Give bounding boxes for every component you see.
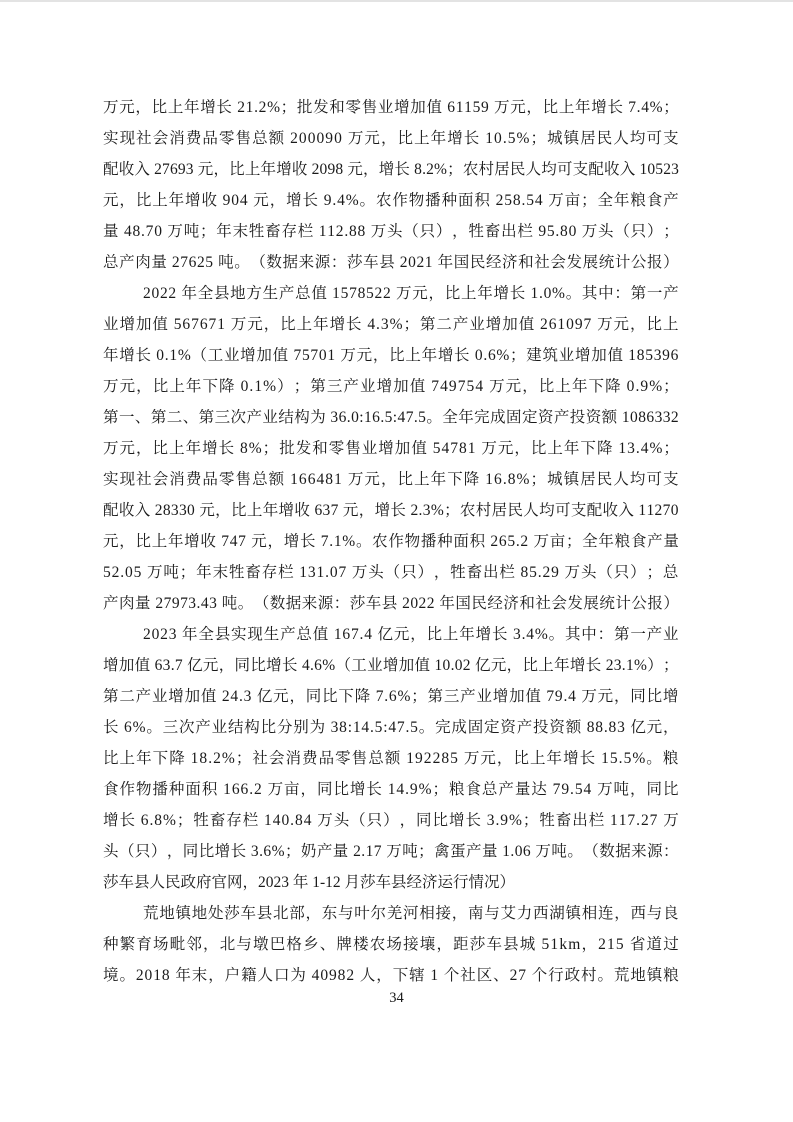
text-line: 业增加值 567671 万元，比上年增长 4.3%；第二产业增加值 261097…: [103, 309, 679, 340]
text-line: 增长 6.8%；牲畜存栏 140.84 万头（只），同比增长 3.9%；牲畜出栏…: [103, 805, 679, 836]
text-line: 2023 年全县实现生产总值 167.4 亿元，比上年增长 3.4%。其中：第一…: [103, 619, 679, 650]
paragraph: 2023 年全县实现生产总值 167.4 亿元，比上年增长 3.4%。其中：第一…: [103, 619, 679, 898]
text-line: 荒地镇地处莎车县北部，东与叶尔羌河相接，南与艾力西湖镇相连，西与良: [103, 898, 679, 929]
text-line: 增加值 63.7 亿元，同比增长 4.6%（工业增加值 10.02 亿元，比上年…: [103, 650, 679, 681]
text-line: 量 48.70 万吨；年末牲畜存栏 112.88 万头（只），牲畜出栏 95.8…: [103, 216, 679, 247]
text-line: 元，比上年增收 904 元，增长 9.4%。农作物播种面积 258.54 万亩；…: [103, 185, 679, 216]
text-line: 食作物播种面积 166.2 万亩，同比增长 14.9%；粮食总产量达 79.54…: [103, 774, 679, 805]
text-line: 配收入 28330 元，比上年增收 637 元，增长 2.3%；农村居民人均可支…: [103, 495, 679, 526]
text-line: 年增长 0.1%（工业增加值 75701 万元，比上年增长 0.6%；建筑业增加…: [103, 340, 679, 371]
text-line: 万元，比上年下降 0.1%）；第三产业增加值 749754 万元，比上年下降 0…: [103, 371, 679, 402]
text-line: 长 6%。三次产业结构比分别为 38:14.5:47.5。完成固定资产投资额 8…: [103, 712, 679, 743]
document-body: 万元，比上年增长 21.2%；批发和零售业增加值 61159 万元，比上年增长 …: [103, 92, 679, 991]
text-line: 比上年下降 18.2%；社会消费品零售总额 192285 万元，比上年增长 15…: [103, 743, 679, 774]
text-line: 2022 年全县地方生产总值 1578522 万元，比上年增长 1.0%。其中：…: [103, 278, 679, 309]
text-line: 元，比上年增收 747 元，增长 7.1%。农作物播种面积 265.2 万亩；全…: [103, 526, 679, 557]
page-number: 34: [0, 989, 793, 1007]
document-page: 万元，比上年增长 21.2%；批发和零售业增加值 61159 万元，比上年增长 …: [0, 0, 793, 1122]
paragraph: 2022 年全县地方生产总值 1578522 万元，比上年增长 1.0%。其中：…: [103, 278, 679, 619]
text-line: 种繁育场毗邻，北与墩巴格乡、牌楼农场接壤，距莎车县城 51km，215 省道过: [103, 929, 679, 960]
text-line: 52.05 万吨；年末牲畜存栏 131.07 万头（只），牲畜出栏 85.29 …: [103, 557, 679, 588]
text-line: 产肉量 27973.43 吨。（数据来源：莎车县 2022 年国民经济和社会发展…: [103, 588, 679, 619]
text-line: 万元，比上年增长 21.2%；批发和零售业增加值 61159 万元，比上年增长 …: [103, 92, 679, 123]
paragraph: 万元，比上年增长 21.2%；批发和零售业增加值 61159 万元，比上年增长 …: [103, 92, 679, 278]
text-line: 实现社会消费品零售总额 200090 万元，比上年增长 10.5%；城镇居民人均…: [103, 123, 679, 154]
text-line: 第一、第二、第三次产业结构为 36.0:16.5:47.5。全年完成固定资产投资…: [103, 402, 679, 433]
text-line: 万元，比上年增长 8%；批发和零售业增加值 54781 万元，比上年下降 13.…: [103, 433, 679, 464]
text-line: 头（只），同比增长 3.6%；奶产量 2.17 万吨；禽蛋产量 1.06 万吨。…: [103, 836, 679, 867]
paragraph: 荒地镇地处莎车县北部，东与叶尔羌河相接，南与艾力西湖镇相连，西与良种繁育场毗邻，…: [103, 898, 679, 991]
text-line: 总产肉量 27625 吨。（数据来源：莎车县 2021 年国民经济和社会发展统计…: [103, 247, 679, 278]
text-line: 配收入 27693 元，比上年增收 2098 元，增长 8.2%；农村居民人均可…: [103, 154, 679, 185]
text-line: 第二产业增加值 24.3 亿元，同比下降 7.6%；第三产业增加值 79.4 万…: [103, 681, 679, 712]
text-line: 实现社会消费品零售总额 166481 万元，比上年下降 16.8%；城镇居民人均…: [103, 464, 679, 495]
text-line: 莎车县人民政府官网，2023 年 1-12 月莎车县经济运行情况）: [103, 867, 679, 898]
text-line: 境。2018 年末，户籍人口为 40982 人，下辖 1 个社区、27 个行政村…: [103, 960, 679, 991]
